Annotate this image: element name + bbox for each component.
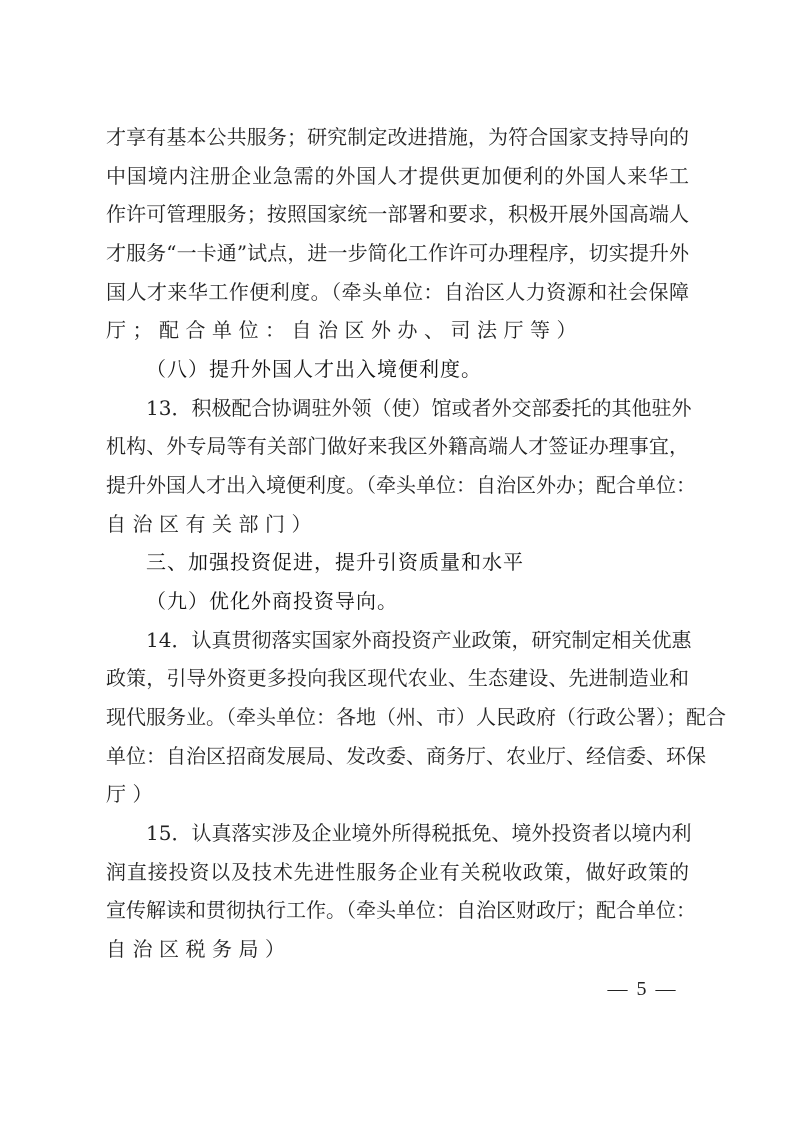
paragraph-line: 国人才来华工作便利度。（牵头单位：自治区人力资源和社会保障: [106, 273, 689, 311]
paragraph-line: 才服务“一卡通”试点，进一步简化工作许可办理程序，切实提升外: [106, 234, 689, 272]
paragraph-line: 厅）: [106, 775, 689, 813]
paragraph-line: 提升外国人才出入境便利度。（牵头单位：自治区外办；配合单位：: [106, 466, 689, 504]
item-14-line: 14．认真贯彻落实国家外商投资产业政策，研究制定相关优惠: [146, 621, 689, 659]
page-number: — 5 —: [600, 975, 685, 1003]
paragraph-line: 中国境内注册企业急需的外国人才提供更加便利的外国人来华工: [106, 157, 689, 195]
paragraph-line: 自治区有关部门）: [106, 505, 689, 543]
paragraph-line: 机构、外专局等有关部门做好来我区外籍高端人才签证办理事宜，: [106, 427, 689, 465]
paragraph-line: 作许可管理服务；按照国家统一部署和要求，积极开展外国高端人: [106, 195, 689, 233]
paragraph-line: 宣传解读和贯彻执行工作。（牵头单位：自治区财政厅；配合单位：: [106, 891, 689, 929]
item-13-line: 13．积极配合协调驻外领（使）馆或者外交部委托的其他驻外: [146, 389, 689, 427]
paragraph-line: 自治区税务局）: [106, 930, 689, 968]
paragraph-line: 厅；配合单位：自治区外办、司法厅等）: [106, 311, 689, 349]
item-15-line: 15．认真落实涉及企业境外所得税抵免、境外投资者以境内利: [146, 814, 689, 852]
section-heading-8: （八）提升外国人才出入境便利度。: [146, 350, 689, 388]
paragraph-line: 政策，引导外资更多投向我区现代农业、生态建设、先进制造业和: [106, 659, 689, 697]
document-page: 才享有基本公共服务；研究制定改进措施，为符合国家支持导向的 中国境内注册企业急需…: [0, 0, 793, 1122]
section-heading-9: （九）优化外商投资导向。: [146, 582, 689, 620]
paragraph-line: 润直接投资以及技术先进性服务企业有关税收政策，做好政策的: [106, 853, 689, 891]
paragraph-line: 单位：自治区招商发展局、发改委、商务厅、农业厅、经信委、环保: [106, 737, 689, 775]
paragraph-line: 才享有基本公共服务；研究制定改进措施，为符合国家支持导向的: [106, 118, 689, 156]
chapter-heading-3: 三、加强投资促进，提升引资质量和水平: [146, 543, 689, 581]
paragraph-line: 现代服务业。（牵头单位：各地（州、市）人民政府（行政公署）；配合: [106, 698, 689, 736]
